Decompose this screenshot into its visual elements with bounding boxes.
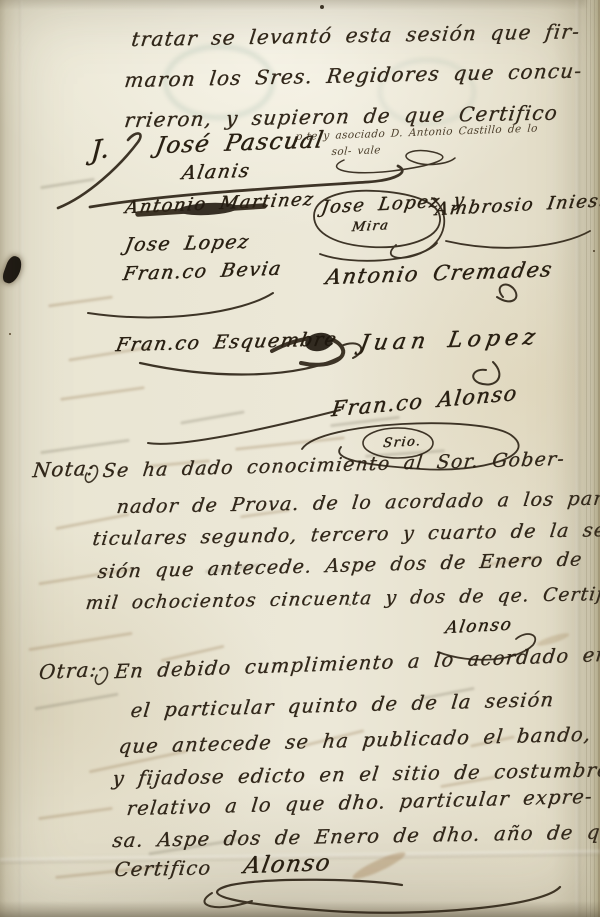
signature-francisco-alonso: Fran.co Alonso [330, 381, 519, 422]
signature-antonio-martinez: Antonio Martinez [123, 189, 315, 218]
otra-certify-word: Certifico [113, 856, 213, 881]
signature-jose-pascual: José Pascual [153, 127, 326, 159]
otra-label: Otra: [38, 657, 99, 684]
page-bottom-edge [0, 901, 600, 917]
bleedthrough-stroke [235, 436, 345, 450]
body-line: maron los Sres. Regidores que concu- [123, 58, 584, 92]
signature-jose-lopez: Jose Lopez [123, 231, 252, 256]
signature-francisco-esquembre: Fran.co Esquembre [114, 328, 339, 356]
left-fold-crease [19, 0, 22, 917]
otra-line: que antecede se ha publicado el bando, [117, 723, 592, 758]
nota-signature-alonso: Alonso [444, 615, 514, 639]
manuscript-page: tratar se levantó esta sesión que fir- m… [0, 0, 600, 917]
bleedthrough-stroke [60, 386, 145, 401]
bleedthrough-stroke [48, 295, 113, 307]
otra-line: relativo a lo que dho. particular expre- [125, 785, 594, 820]
signature-juan-lopez: Juan Lopez [358, 325, 542, 356]
signature-francisco-bevia: Fran.co Bevia [121, 257, 284, 285]
page-top-edge [0, 0, 600, 10]
bleedthrough-stroke [180, 410, 245, 424]
body-line: tratar se levantó esta sesión que fir- [130, 19, 582, 51]
signature-initial: J. [90, 133, 112, 166]
paper-speck [320, 5, 324, 9]
signature-jose-lopez-mira-2: Mira [351, 218, 391, 235]
bleedthrough-stroke [40, 178, 95, 190]
bleedthrough-stroke [34, 693, 118, 711]
nota-line: nador de Prova. de lo acordado a los par… [115, 487, 600, 518]
otra-line: el particular quinto de de la sesión [129, 688, 555, 722]
nota-line: mil ochocientos cincuenta y dos de qe. C… [84, 583, 600, 614]
signature-alanis: Alanis [180, 160, 252, 185]
otra-signature-alonso: Alonso [241, 850, 333, 879]
bleedthrough-stroke [40, 439, 130, 454]
otra-line: y fijadose edicto en el sitio de costumb… [111, 758, 600, 790]
otra-line: sa. Aspe dos de Enero de dho. año de que [111, 820, 600, 852]
bleedthrough-stroke [28, 632, 132, 651]
nota-line: ticulares segundo, tercero y cuarto de l… [91, 519, 600, 550]
nota-label: Nota: [31, 456, 96, 482]
signature-antonio-cremades: Antonio Cremades [324, 257, 555, 289]
nota-line: Se ha dado conocimiento al Sor. Gober- [101, 448, 566, 482]
bleedthrough-stroke [38, 807, 113, 820]
secretario-abbreviation: Srio. [382, 434, 422, 451]
otra-line: En debido cumplimiento a lo acordado en [114, 643, 600, 683]
nota-line: sión que antecede. Aspe dos de Enero de [96, 548, 583, 583]
interline-note-line: sol- vale [331, 144, 381, 158]
